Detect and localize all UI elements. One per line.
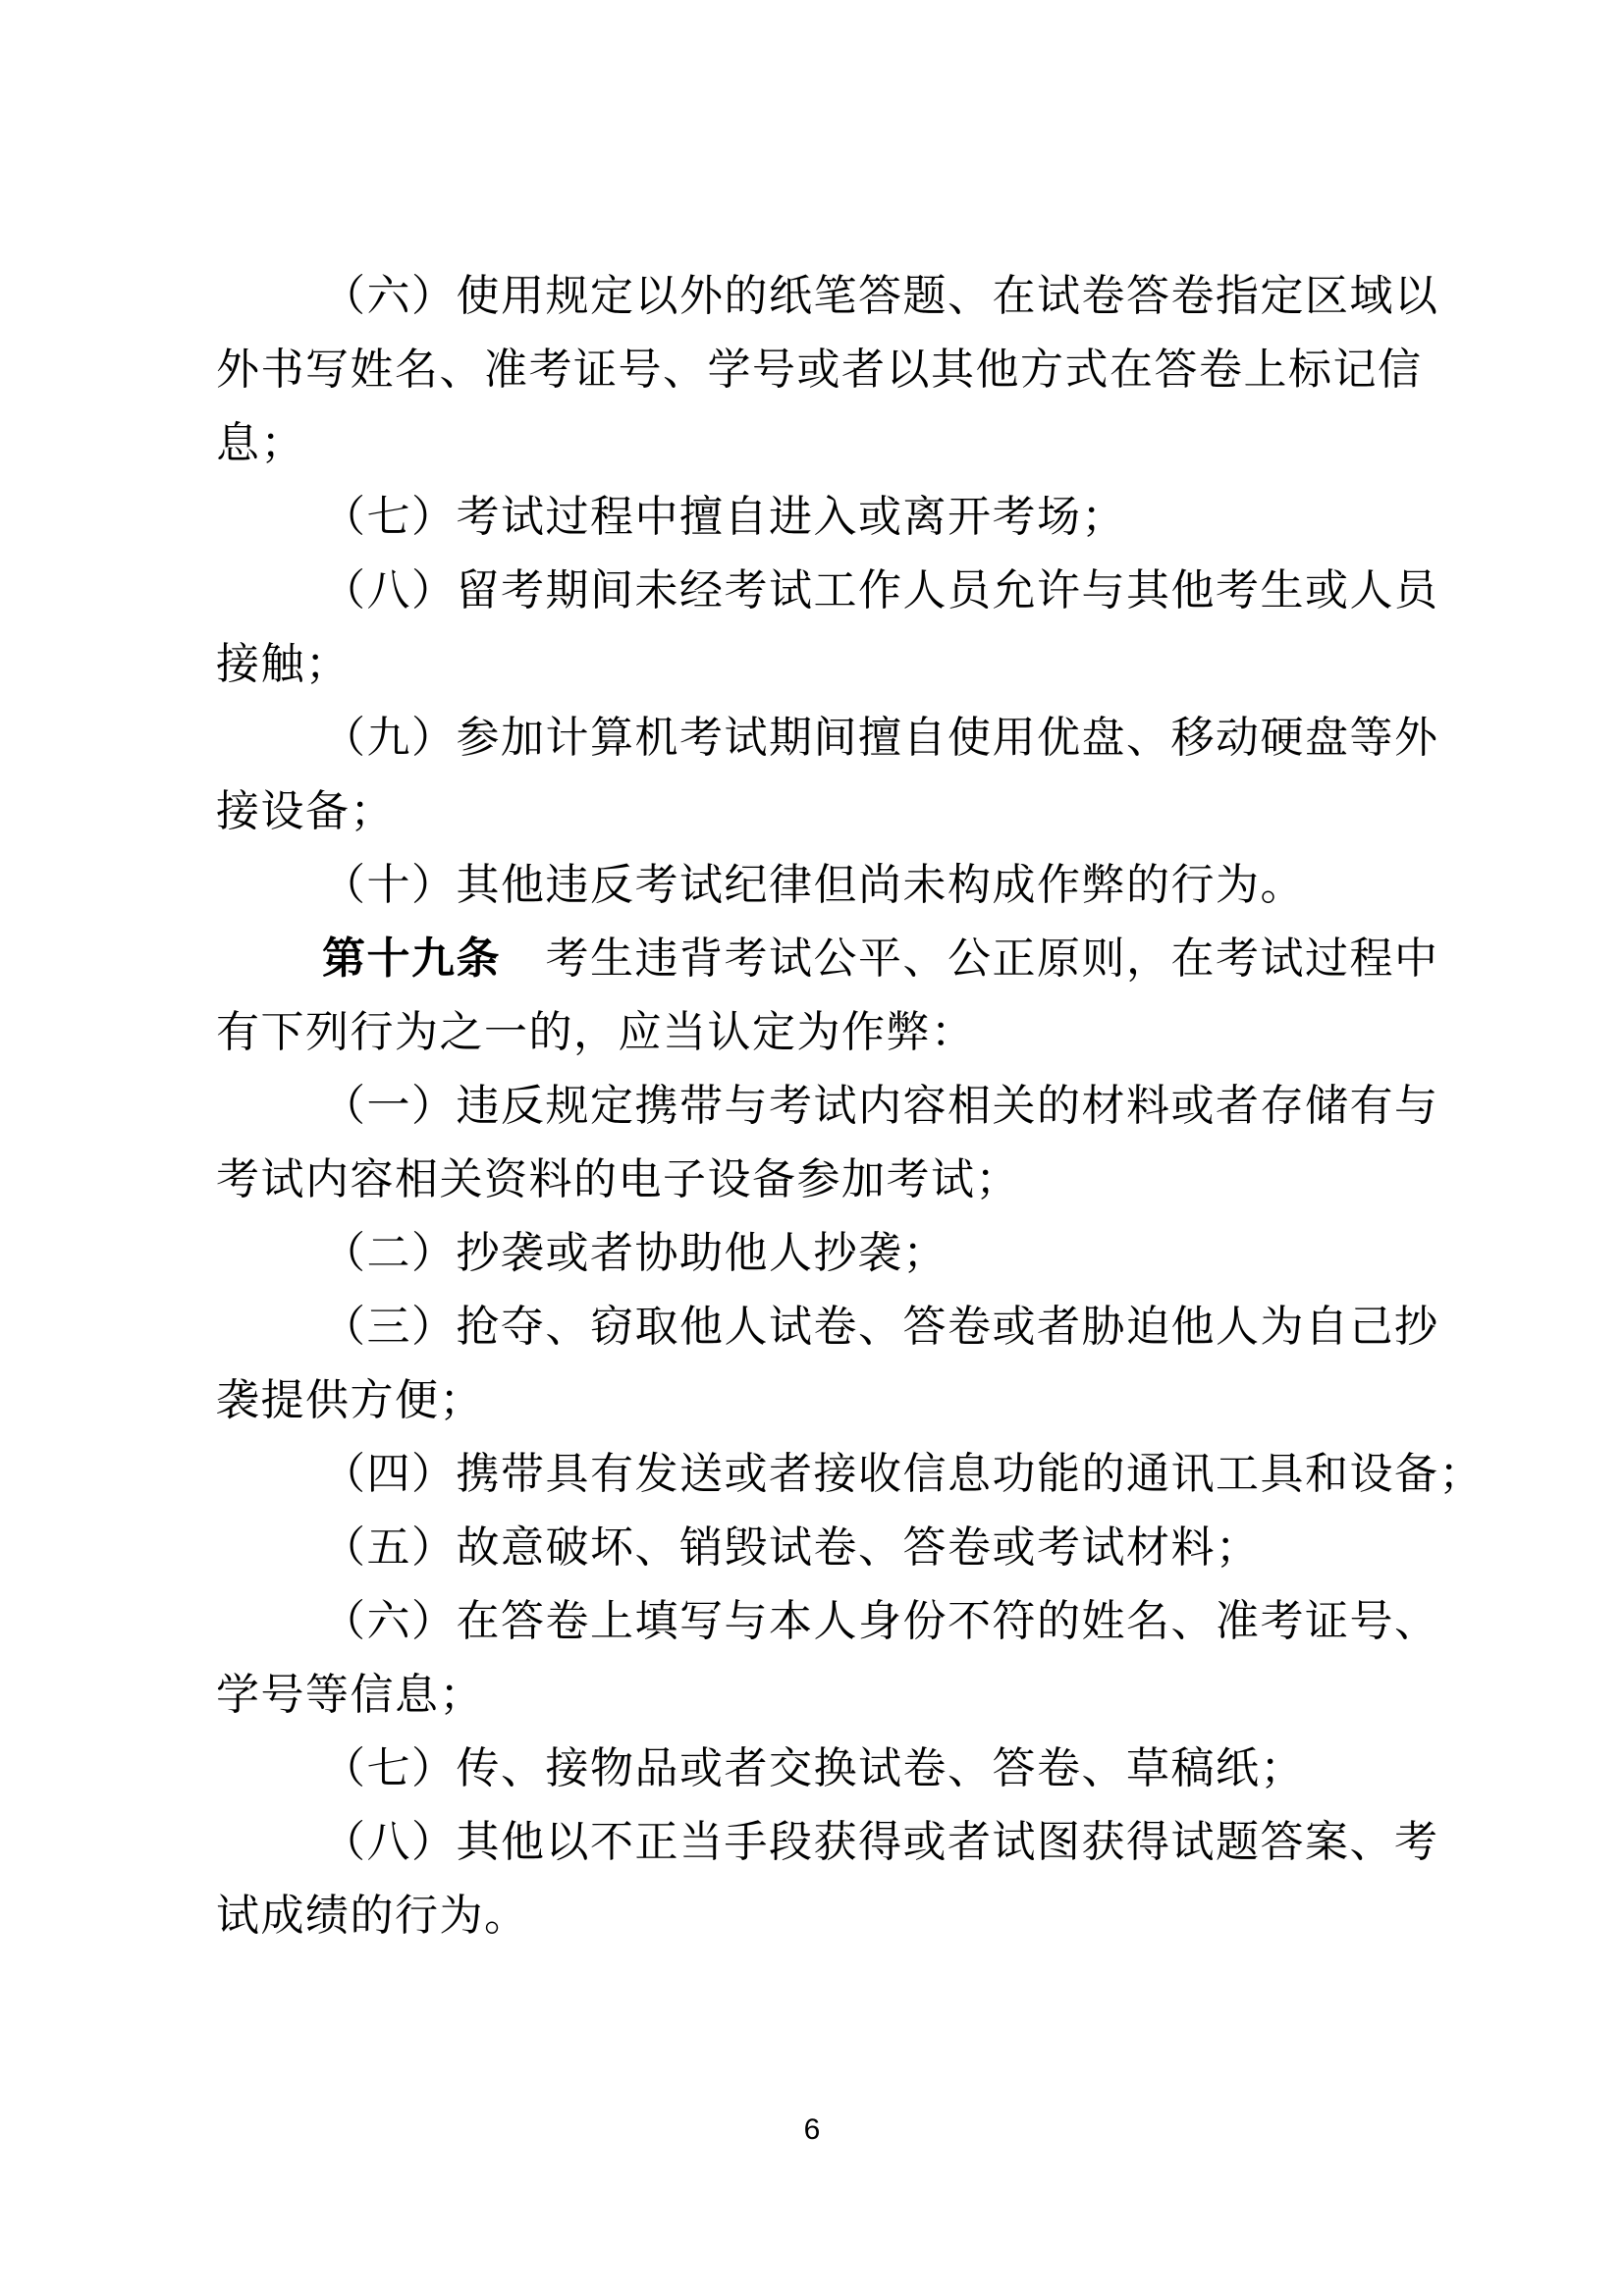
page-footer: 6 xyxy=(0,2109,1624,2152)
document-line: （七）考试过程中擅自进入或离开考场； xyxy=(216,480,1434,554)
line-text: （三）抢夺、窃取他人试卷、答卷或者胁迫他人为自己抄 xyxy=(322,1303,1439,1351)
document-line: 试成绩的行为。 xyxy=(216,1879,1434,1952)
line-text: （九）参加计算机考试期间擅自使用优盘、移动硬盘等外 xyxy=(322,714,1439,762)
page-number: 6 xyxy=(804,2113,821,2146)
document-line: 有下列行为之一的，应当认定为作弊： xyxy=(216,995,1434,1069)
document-line: （五）故意破坏、销毁试卷、答卷或考试材料； xyxy=(216,1511,1434,1584)
line-text: （六）在答卷上填写与本人身份不符的姓名、准考证号、 xyxy=(322,1597,1439,1645)
line-text: 外书写姓名、准考证号、学号或者以其他方式在答卷上标记信 xyxy=(216,346,1423,394)
line-text: 袭提供方便； xyxy=(216,1376,484,1424)
line-text: 息； xyxy=(216,419,305,467)
document-line: （一）违反规定携带与考试内容相关的材料或者存储有与 xyxy=(216,1069,1434,1143)
document-line: 袭提供方便； xyxy=(216,1363,1434,1437)
line-text: 考试内容相关资料的电子设备参加考试； xyxy=(216,1155,1020,1203)
document-line: （八）留考期间未经考试工作人员允许与其他考生或人员 xyxy=(216,554,1434,627)
document-line: 第十九条 考生违背考试公平、公正原则，在考试过程中 xyxy=(216,922,1434,995)
line-text: （一）违反规定携带与考试内容相关的材料或者存储有与 xyxy=(322,1082,1439,1130)
document-line: （七）传、接物品或者交换试卷、答卷、草稿纸； xyxy=(216,1732,1434,1805)
line-text: 试成绩的行为。 xyxy=(216,1892,529,1940)
line-text: （五）故意破坏、销毁试卷、答卷或考试材料； xyxy=(322,1523,1261,1572)
line-text: 有下列行为之一的，应当认定为作弊： xyxy=(216,1008,976,1056)
line-text: 接触； xyxy=(216,640,351,688)
document-line: （十）其他违反考试纪律但尚未构成作弊的行为。 xyxy=(216,848,1434,922)
line-text: （七）传、接物品或者交换试卷、答卷、草稿纸； xyxy=(322,1744,1305,1792)
document-line: （六）使用规定以外的纸笔答题、在试卷答卷指定区域以 xyxy=(216,259,1434,333)
document-line: （三）抢夺、窃取他人试卷、答卷或者胁迫他人为自己抄 xyxy=(216,1290,1434,1363)
document-line: （二）抄袭或者协助他人抄袭； xyxy=(216,1216,1434,1290)
line-text: （四）携带具有发送或者接收信息功能的通讯工具和设备； xyxy=(322,1450,1484,1498)
line-text: （七）考试过程中擅自进入或离开考场； xyxy=(322,493,1126,541)
line-text: 学号等信息； xyxy=(216,1671,484,1719)
document-body: （六）使用规定以外的纸笔答题、在试卷答卷指定区域以外书写姓名、准考证号、学号或者… xyxy=(216,259,1434,1952)
line-text: 接设备； xyxy=(216,787,395,835)
document-line: 接触； xyxy=(216,627,1434,701)
document-line: （九）参加计算机考试期间擅自使用优盘、移动硬盘等外 xyxy=(216,701,1434,774)
document-page: （六）使用规定以外的纸笔答题、在试卷答卷指定区域以外书写姓名、准考证号、学号或者… xyxy=(0,0,1624,2296)
line-text: （六）使用规定以外的纸笔答题、在试卷答卷指定区域以 xyxy=(322,272,1439,320)
line-text: （十）其他违反考试纪律但尚未构成作弊的行为。 xyxy=(322,861,1305,909)
document-line: 息； xyxy=(216,406,1434,480)
document-line: （六）在答卷上填写与本人身份不符的姓名、准考证号、 xyxy=(216,1584,1434,1658)
document-line: （四）携带具有发送或者接收信息功能的通讯工具和设备； xyxy=(216,1437,1434,1511)
document-line: （八）其他以不正当手段获得或者试图获得试题答案、考 xyxy=(216,1805,1434,1879)
document-line: 考试内容相关资料的电子设备参加考试； xyxy=(216,1143,1434,1216)
document-line: 接设备； xyxy=(216,774,1434,848)
line-text: （八）留考期间未经考试工作人员允许与其他考生或人员 xyxy=(322,566,1439,614)
document-line: 外书写姓名、准考证号、学号或者以其他方式在答卷上标记信 xyxy=(216,333,1434,406)
document-line: 学号等信息； xyxy=(216,1658,1434,1732)
line-text: （二）抄袭或者协助他人抄袭； xyxy=(322,1229,947,1277)
line-text: （八）其他以不正当手段获得或者试图获得试题答案、考 xyxy=(322,1818,1439,1866)
article-number: 第十九条 xyxy=(322,934,501,983)
line-text: 考生违背考试公平、公正原则，在考试过程中 xyxy=(501,934,1439,983)
